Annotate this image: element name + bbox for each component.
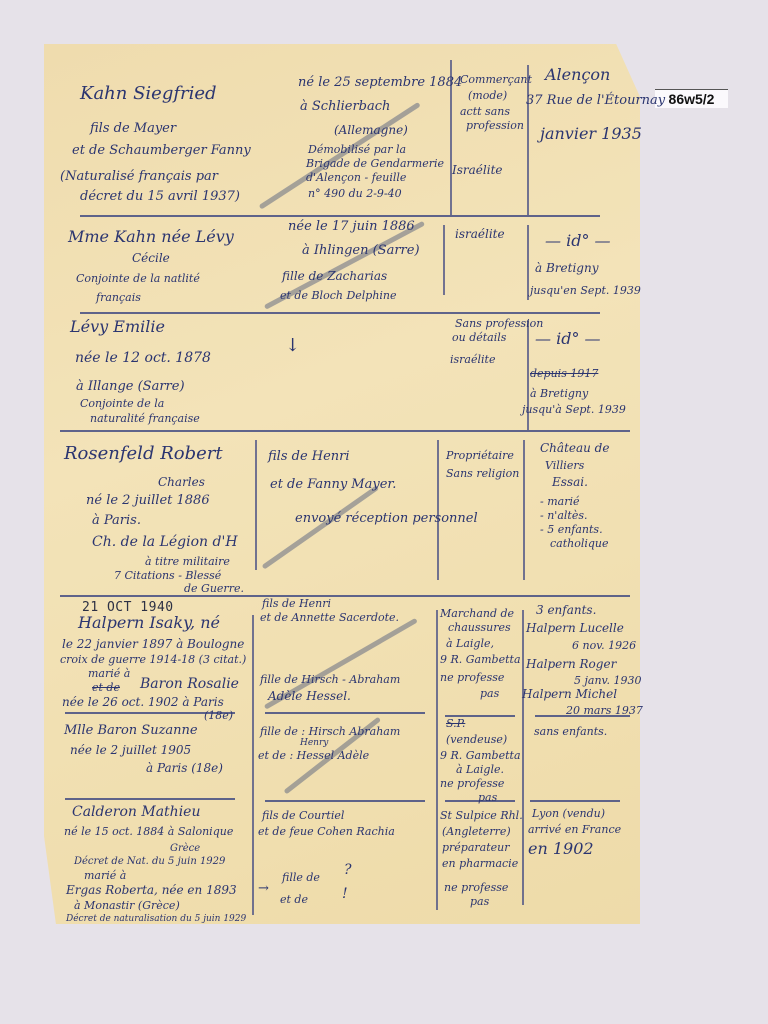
profession-line: préparateur	[442, 842, 510, 855]
residence-line: à Bretigny	[535, 262, 598, 276]
parent-mother: et de Annette Sacerdote.	[260, 612, 399, 625]
spouse-parent: et de	[280, 894, 308, 907]
question-mark: ?	[344, 862, 352, 878]
residence-line: arrivé en France	[528, 824, 621, 837]
religion: Sans religion	[446, 468, 519, 481]
birth-place: à Paris.	[92, 514, 141, 529]
archive-reference-label: 86w5/2	[655, 89, 728, 108]
birth-country: Grèce	[170, 843, 200, 855]
spouse-naturalization: Décret de naturalisation du 5 juin 1929	[66, 914, 246, 924]
column-divider	[527, 65, 529, 215]
birth-date: né le 2 juillet 1886	[86, 494, 210, 509]
married-label: marié à	[88, 668, 130, 681]
profession-line: (Angleterre)	[442, 826, 511, 839]
naturalization-line: Conjointe de la	[80, 398, 164, 411]
profession-line: Propriétaire	[446, 450, 514, 463]
naturalization-line: naturalité française	[90, 413, 200, 426]
parent-father: fils de Courtiel	[262, 810, 344, 823]
profession-line: profession	[466, 120, 524, 133]
child-birth: 5 janv. 1930	[574, 675, 641, 688]
birth-place: à Ihlingen (Sarre)	[302, 244, 420, 259]
family-line: - 5 enfants.	[540, 524, 603, 537]
profession-line: ne professe	[440, 672, 504, 685]
profession-line: Marchand de	[440, 608, 514, 621]
column-divider	[523, 440, 525, 580]
military-line: n° 490 du 2-9-40	[308, 188, 402, 201]
residence-line: Lyon (vendu)	[532, 808, 605, 821]
birth-date: née le 12 oct. 1878	[75, 350, 211, 366]
row-divider	[530, 800, 620, 802]
family-line: catholique	[550, 538, 609, 551]
profession-line: 9 R. Gambetta	[440, 750, 521, 763]
profession-line: actt sans	[460, 106, 510, 119]
religion: Israélite	[452, 164, 503, 178]
birth-date: née le 2 juillet 1905	[70, 744, 191, 758]
correction-text: Henry	[300, 738, 328, 748]
column-divider	[255, 440, 257, 570]
column-divider	[436, 610, 438, 910]
family-line: - marié	[540, 496, 580, 509]
residence-city: Alençon	[545, 66, 610, 84]
profession-line: à Laigle.	[456, 764, 504, 777]
parent-mother: et de feue Cohen Rachia	[258, 826, 395, 839]
profession-line: St Sulpice Rhl.	[440, 810, 523, 823]
profession-line: Sans profession	[455, 318, 543, 331]
profession-line: 9 R. Gambetta	[440, 654, 521, 667]
column-divider	[443, 225, 445, 295]
spouse-parent: Adèle Hessel.	[268, 690, 351, 704]
person-name: Mme Kahn née Lévy	[68, 228, 234, 246]
parent-mother: et de Fanny Mayer.	[270, 478, 396, 493]
spouse-name: Ergas Roberta, née en 1893	[66, 884, 237, 898]
profession-line: pas	[480, 688, 499, 701]
person-name: Mlle Baron Suzanne	[64, 724, 198, 739]
row-divider	[80, 312, 600, 314]
parent-father: fils de Henri	[262, 598, 331, 611]
profession-line: ne professe	[444, 882, 508, 895]
struck-residence: depuis 1917	[530, 368, 598, 381]
parent-mother: et de : Hessel Adèle	[258, 750, 369, 763]
ditto-mark: — id° —	[535, 330, 601, 348]
parent-father: fils de Henri	[268, 450, 350, 465]
family-line: - n'altès.	[540, 510, 587, 523]
profession-line: (vendeuse)	[446, 734, 507, 747]
decoration-line: de Guerre.	[184, 583, 244, 596]
naturalization-line: Décret de Nat. du 5 juin 1929	[74, 856, 225, 868]
row-divider	[265, 800, 425, 802]
children-note: sans enfants.	[534, 726, 607, 739]
struck-text: S.P.	[446, 718, 465, 731]
profession-line: pas	[478, 792, 497, 805]
birth-country: (Allemagne)	[334, 124, 408, 138]
religion: israélite	[455, 228, 505, 242]
note: envoyé réception personnel	[295, 512, 478, 527]
column-divider	[437, 440, 439, 580]
residence-line: jusqu'à Sept. 1939	[522, 404, 626, 417]
profession-line: ne professe	[440, 778, 504, 791]
child-name: Halpern Lucelle	[526, 622, 624, 636]
spouse-birth: (18e)	[204, 710, 233, 723]
residence-date: janvier 1935	[540, 125, 642, 143]
profession-line: à Laigle,	[446, 638, 494, 651]
first-name: Cécile	[132, 252, 170, 266]
profession-line: chaussures	[448, 622, 511, 635]
birth-place: à Illange (Sarre)	[76, 380, 185, 395]
military-line: Démobilisé par la	[308, 144, 406, 157]
residence-line: à Bretigny	[530, 388, 588, 401]
child-name: Halpern Roger	[526, 658, 616, 672]
arrow-mark: →	[258, 882, 269, 897]
decoration-line: 7 Citations - Blessé	[114, 570, 221, 583]
military-line: d'Alençon - feuille	[306, 172, 406, 185]
row-divider	[265, 712, 425, 714]
profession-line: en pharmacie	[442, 858, 518, 871]
row-divider	[60, 430, 630, 432]
spouse-parent: fille de	[282, 872, 320, 885]
parent-father: fille de Zacharias	[282, 270, 387, 284]
profession-line: Commerçant	[460, 74, 532, 87]
child-birth: 6 nov. 1926	[572, 640, 636, 653]
arrow-mark: ↓	[285, 336, 300, 357]
child-name: Halpern Michel	[522, 688, 617, 702]
naturalization-line: décret du 15 avril 1937)	[80, 190, 240, 205]
children-count: 3 enfants.	[536, 604, 596, 618]
married-label: marié à	[84, 870, 126, 883]
birth-place: à Paris (18e)	[146, 762, 223, 776]
birth-date: le 22 janvier 1897 à Boulogne	[62, 638, 244, 652]
naturalization-line: (Naturalisé français par	[60, 170, 218, 185]
column-divider	[522, 610, 524, 905]
parent-mother: et de Schaumberger Fanny	[72, 144, 251, 159]
ditto-mark: — id° —	[545, 232, 611, 250]
exclamation-mark: !	[342, 886, 348, 902]
parent-father: fille de : Hirsch Abraham	[260, 726, 400, 739]
birth-date: né le 25 septembre 1884	[298, 76, 462, 91]
decoration-line: Ch. de la Légion d'H	[92, 534, 238, 550]
residence-line: Château de	[540, 442, 609, 456]
naturalization-line: Conjointe de la natlité	[76, 273, 200, 286]
birth-place: à Schlierbach	[300, 100, 390, 115]
row-divider	[80, 215, 600, 217]
residence-line: jusqu'en Sept. 1939	[530, 285, 641, 298]
spouse-birth: née le 26 oct. 1902 à Paris	[62, 696, 224, 710]
spouse-name: Baron Rosalie	[140, 676, 239, 692]
profession-line: ou détails	[452, 332, 506, 345]
military-line: Brigade de Gendarmerie	[306, 158, 444, 171]
profession-line: pas	[470, 896, 489, 909]
spouse-birth: à Monastir (Grèce)	[74, 900, 180, 913]
residence-line: Villiers	[545, 460, 584, 473]
row-divider	[60, 595, 630, 597]
birth-date: née le 17 juin 1886	[288, 220, 415, 235]
residence-line: en 1902	[528, 840, 594, 858]
column-divider	[252, 615, 254, 915]
decoration-line: à titre militaire	[145, 556, 230, 569]
child-birth: 20 mars 1937	[566, 705, 643, 718]
residence-address: 37 Rue de l'Étournay	[526, 94, 665, 109]
decoration-line: croix de guerre 1914-18 (3 citat.)	[60, 654, 246, 667]
first-name: Charles	[158, 476, 205, 490]
religion: israélite	[450, 354, 495, 367]
person-name: Calderon Mathieu	[72, 804, 200, 820]
parent-father: fils de Mayer	[90, 122, 176, 137]
row-divider	[65, 798, 235, 800]
naturalization-line: français	[96, 292, 141, 305]
person-name: Lévy Emilie	[70, 318, 165, 336]
parent-mother: et de Bloch Delphine	[280, 290, 397, 303]
column-divider	[527, 225, 529, 300]
person-name: Kahn Siegfried	[80, 84, 217, 105]
person-name: Rosenfeld Robert	[64, 444, 223, 465]
profession-line: (mode)	[468, 90, 507, 103]
struck-text: et de	[92, 682, 120, 695]
person-name: Halpern Isaky, né	[78, 614, 220, 632]
residence-line: Essai.	[552, 476, 588, 490]
spouse-parent: fille de Hirsch - Abraham	[260, 674, 400, 687]
birth-date: né le 15 oct. 1884 à Salonique	[64, 826, 233, 839]
